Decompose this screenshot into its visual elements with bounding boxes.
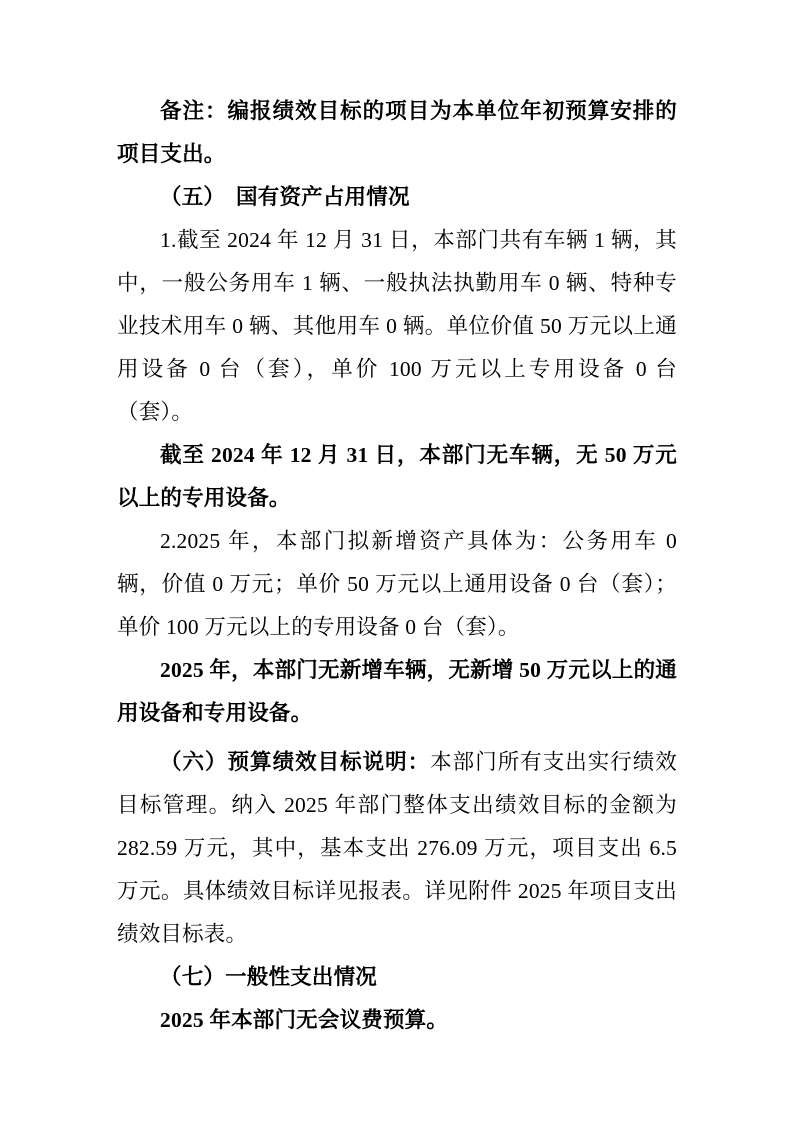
section-5-paragraph-1: 1.截至 2024 年 12 月 31 日，本部门共有车辆 1 辆，其中，一般公… <box>117 219 677 434</box>
section-5-paragraph-2: 截至 2024 年 12 月 31 日，本部门无车辆，无 50 万元以上的专用设… <box>117 434 677 520</box>
section-5-paragraph-3: 2.2025 年，本部门拟新增资产具体为：公务用车 0 辆，价值 0 万元；单价… <box>117 520 677 649</box>
document-content: 备注：编报绩效目标的项目为本单位年初预算安排的项目支出。 （五） 国有资产占用情… <box>117 90 677 1042</box>
document-page: 备注：编报绩效目标的项目为本单位年初预算安排的项目支出。 （五） 国有资产占用情… <box>0 0 793 1122</box>
section-6-paragraph: （六）预算绩效目标说明：本部门所有支出实行绩效目标管理。纳入 2025 年部门整… <box>117 741 677 956</box>
section-5-heading: （五） 国有资产占用情况 <box>117 176 677 219</box>
section-7-paragraph-1: 2025 年本部门无会议费预算。 <box>117 999 677 1042</box>
section-5-paragraph-4: 2025 年，本部门无新增车辆，无新增 50 万元以上的通用设备和专用设备。 <box>117 649 677 735</box>
note-paragraph: 备注：编报绩效目标的项目为本单位年初预算安排的项目支出。 <box>117 90 677 176</box>
section-6-heading: （六）预算绩效目标说明： <box>160 750 430 774</box>
section-6-body: 本部门所有支出实行绩效目标管理。纳入 2025 年部门整体支出绩效目标的金额为 … <box>117 750 677 946</box>
section-7-heading: （七）一般性支出情况 <box>117 956 677 999</box>
